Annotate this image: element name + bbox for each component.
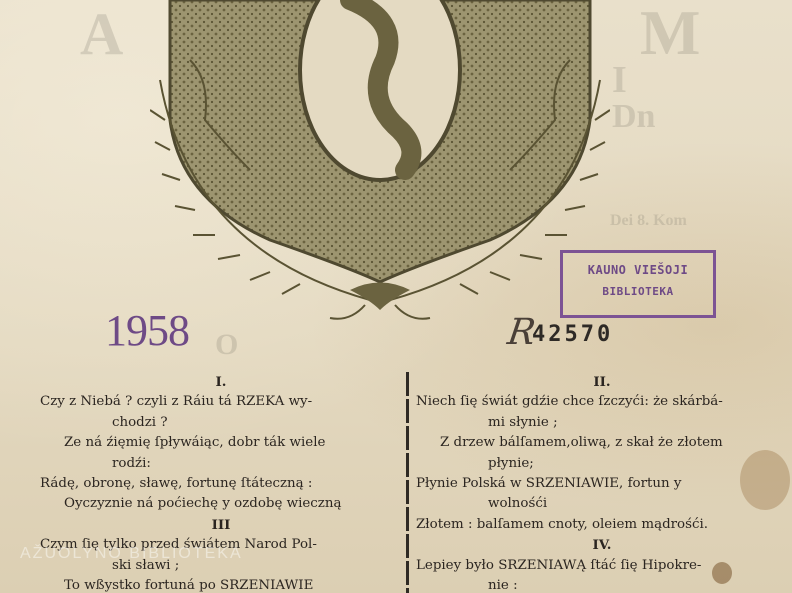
right-column: II. Niech ſię świát gdźie chce ſzczyći: … bbox=[416, 372, 788, 593]
show-through-letter: M bbox=[640, 0, 700, 70]
archive-watermark: AŽUOLYNO BIBLIOTEKA bbox=[20, 545, 243, 563]
paper-stain bbox=[740, 450, 790, 510]
verse-line: Z drzew bálſamem,oliwą, z skał że złotem bbox=[416, 433, 788, 453]
verse-line: płynie; bbox=[416, 454, 788, 474]
verse-line: Niech ſię świát gdźie chce ſzczyći: że s… bbox=[416, 392, 788, 412]
verse-line: Płynie Polská w SRZENIAWIE, fortun y bbox=[416, 474, 788, 494]
verse-line: nie : bbox=[416, 576, 788, 593]
library-stamp: KAUNO VIEŠOJI BIBLIOTEKA bbox=[560, 250, 716, 318]
verse-line: Czy z Niebá ? czyli z Ráiu tá RZEKA wy- bbox=[40, 392, 402, 412]
verse-line: Złotem : balſamem cnoty, oleiem mądrośći… bbox=[416, 515, 788, 535]
verse-line: wolnośći bbox=[416, 494, 788, 514]
engraved-cartouche-ornament bbox=[150, 0, 610, 330]
stanza-number: I. bbox=[40, 372, 402, 392]
paper-stain bbox=[712, 562, 732, 584]
verse-line: rodźi: bbox=[40, 454, 402, 474]
show-through-letter: O bbox=[215, 328, 298, 362]
verse-line: chodzi ? bbox=[40, 413, 402, 433]
column-divider bbox=[406, 372, 409, 593]
verse-line: To wßystko fortuná po SRZENIAWIE bbox=[40, 576, 402, 593]
verse-line: Oyczyznie ná poćiechę y ozdobę wieczną bbox=[40, 494, 402, 514]
show-through-text: Dei 8. Kom bbox=[610, 212, 687, 230]
year-stamp: 1958 bbox=[105, 305, 189, 356]
stanza-number: IV. bbox=[416, 535, 788, 555]
verse-line: Rádę, obronę, sławę, fortunę ſtáteczną : bbox=[40, 474, 402, 494]
show-through-letter: I bbox=[612, 58, 627, 102]
verse-line: Ze ná źięmię ſpływáiąc, dobr ták wiele bbox=[40, 433, 402, 453]
show-through-letter: Dn bbox=[612, 98, 655, 136]
library-stamp-line1: KAUNO VIEŠOJI bbox=[563, 263, 713, 277]
verse-line: mi słynie ; bbox=[416, 413, 788, 433]
stanza-number: II. bbox=[416, 372, 788, 392]
verse-line: Lepiey było SRZENIAWĄ ſtáć ſię Hipokre- bbox=[416, 556, 788, 576]
show-through-letter: A bbox=[80, 0, 123, 69]
inventory-number: 42570 bbox=[532, 322, 613, 347]
stanza-number: III bbox=[40, 515, 402, 535]
library-stamp-line2: BIBLIOTEKA bbox=[563, 285, 713, 298]
